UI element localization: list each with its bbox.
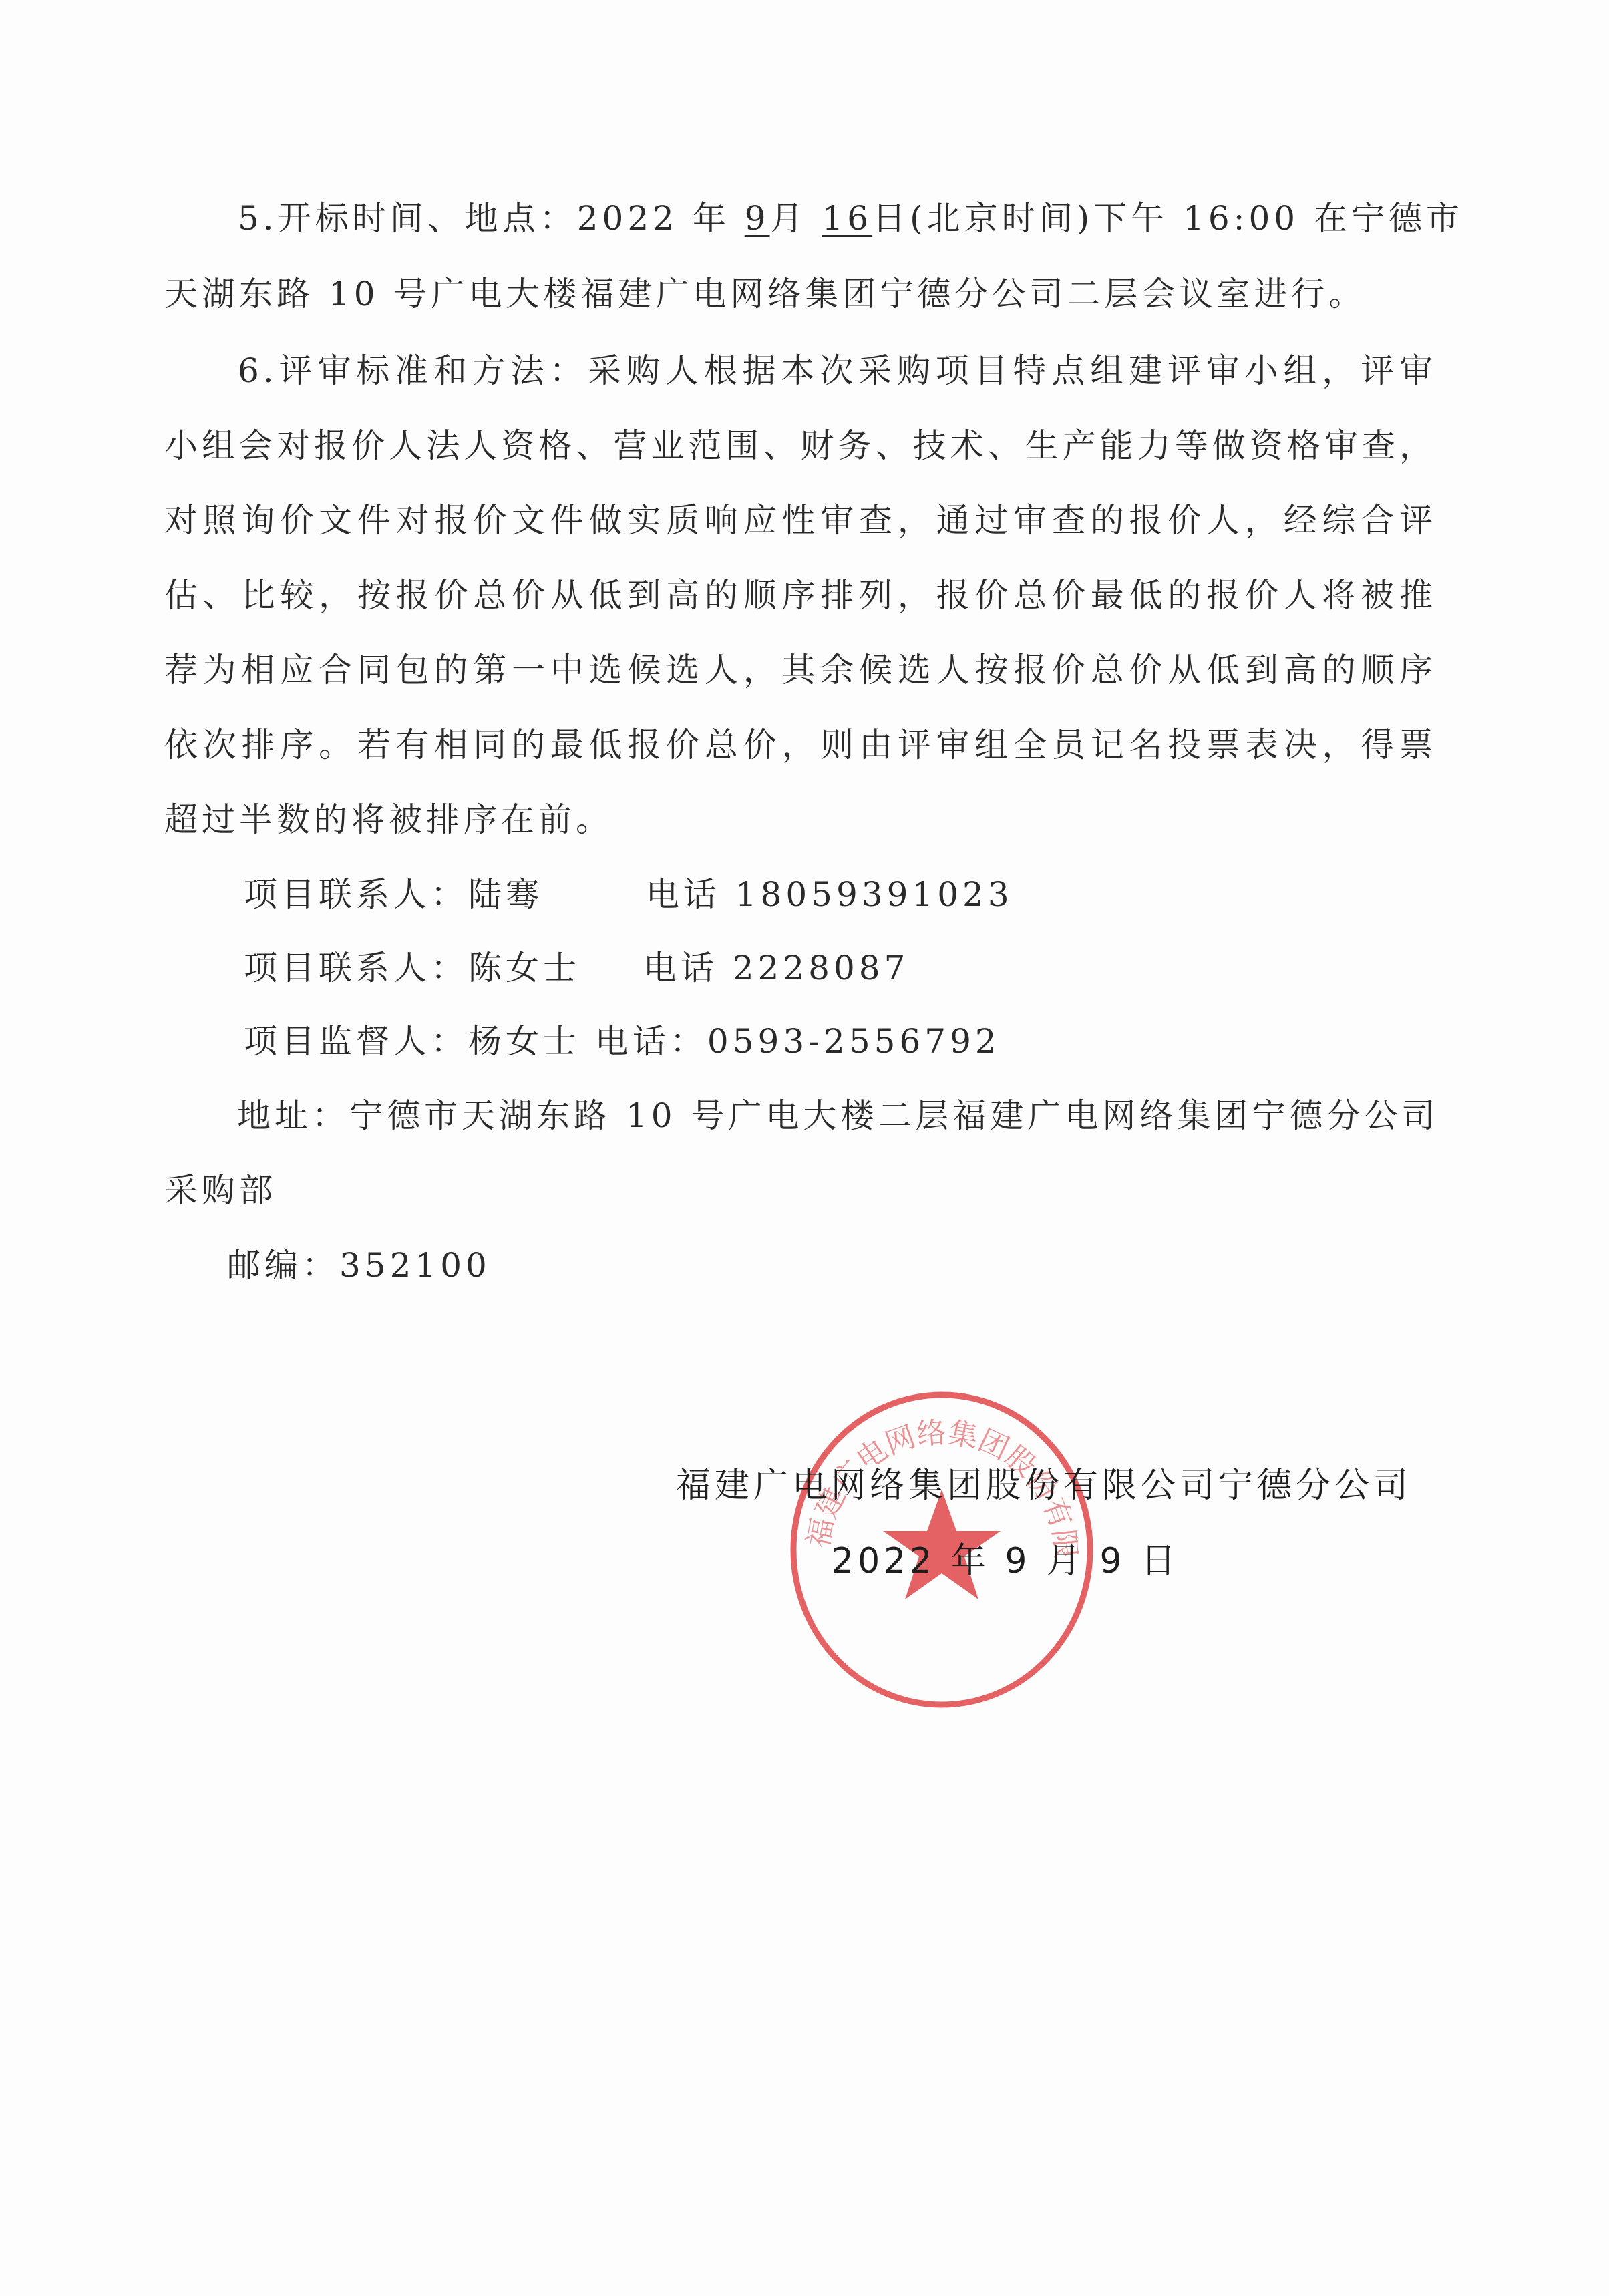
contact-label: 项目联系人：: [244, 949, 468, 987]
contact-label: 项目监督人：: [244, 1022, 468, 1061]
document-page: 5.开标时间、地点：2022 年 9月 16日(北京时间)下午 16:00 在宁…: [0, 0, 1609, 2296]
phone-label: 电话: [643, 949, 718, 987]
contact-row: 项目联系人：陆骞 电话 18059391023: [244, 874, 1516, 915]
phone-label: 电话：: [595, 1022, 707, 1061]
address-line2: 采购部: [164, 1170, 1437, 1210]
item6-line: 超过半数的将被排序在前。: [164, 800, 1437, 840]
item5-prefix: 5.开标时间、地点：2022 年: [238, 199, 730, 238]
item5-line1: 5.开标时间、地点：2022 年 9月 16日(北京时间)下午 16:00 在宁…: [238, 198, 1510, 238]
supervisor-row: 项目监督人：杨女士 电话：0593-2556792: [244, 1021, 1516, 1061]
postcode: 邮编：352100: [227, 1245, 1499, 1285]
item5-line2: 天湖东路 10 号广电大楼福建广电网络集团宁德分公司二层会议室进行。: [164, 274, 1437, 314]
contact-name: 杨女士: [468, 1022, 580, 1061]
phone-label: 电话: [646, 875, 721, 914]
item5-month: 9: [745, 199, 770, 238]
item6-line: 荐为相应合同包的第一中选候选人，其余候选人按报价总价从低到高的顺序: [164, 650, 1437, 690]
signature-date: 2022 年 9 月 9 日: [832, 1541, 1180, 1581]
item6-line: 估、比较，按报价总价从低到高的顺序排列，报价总价最低的报价人将被推: [164, 575, 1437, 615]
item5-day: 16: [822, 199, 872, 238]
item6-line: 依次排序。若有相同的最低报价总价，则由评审组全员记名投票表决，得票: [164, 725, 1437, 765]
item6-line: 对照询价文件对报价文件做实质响应性审查，通过审查的报价人，经综合评: [164, 500, 1437, 540]
signature-company: 福建广电网络集团股份有限公司宁德分公司: [676, 1466, 1412, 1506]
phone-number: 18059391023: [735, 875, 1013, 914]
phone-number: 2228087: [733, 949, 910, 987]
item5-month-unit: 月: [770, 199, 808, 238]
item6-line: 小组会对报价人法人资格、营业范围、财务、技术、生产能力等做资格审查，: [164, 426, 1437, 466]
phone-number: 0593-2556792: [707, 1022, 1001, 1061]
item5-suffix: 日(北京时间)下午 16:00 在宁德市: [872, 199, 1463, 238]
contact-name: 陈女士: [468, 949, 580, 987]
contact-label: 项目联系人：: [244, 875, 468, 914]
address-line1: 地址：宁德市天湖东路 10 号广电大楼二层福建广电网络集团宁德分公司: [237, 1096, 1509, 1136]
item6-line: 6.评审标准和方法：采购人根据本次采购项目特点组建评审小组，评审: [238, 351, 1437, 391]
contact-name: 陆骞: [468, 875, 543, 914]
contact-row: 项目联系人：陈女士 电话 2228087: [244, 948, 1516, 988]
